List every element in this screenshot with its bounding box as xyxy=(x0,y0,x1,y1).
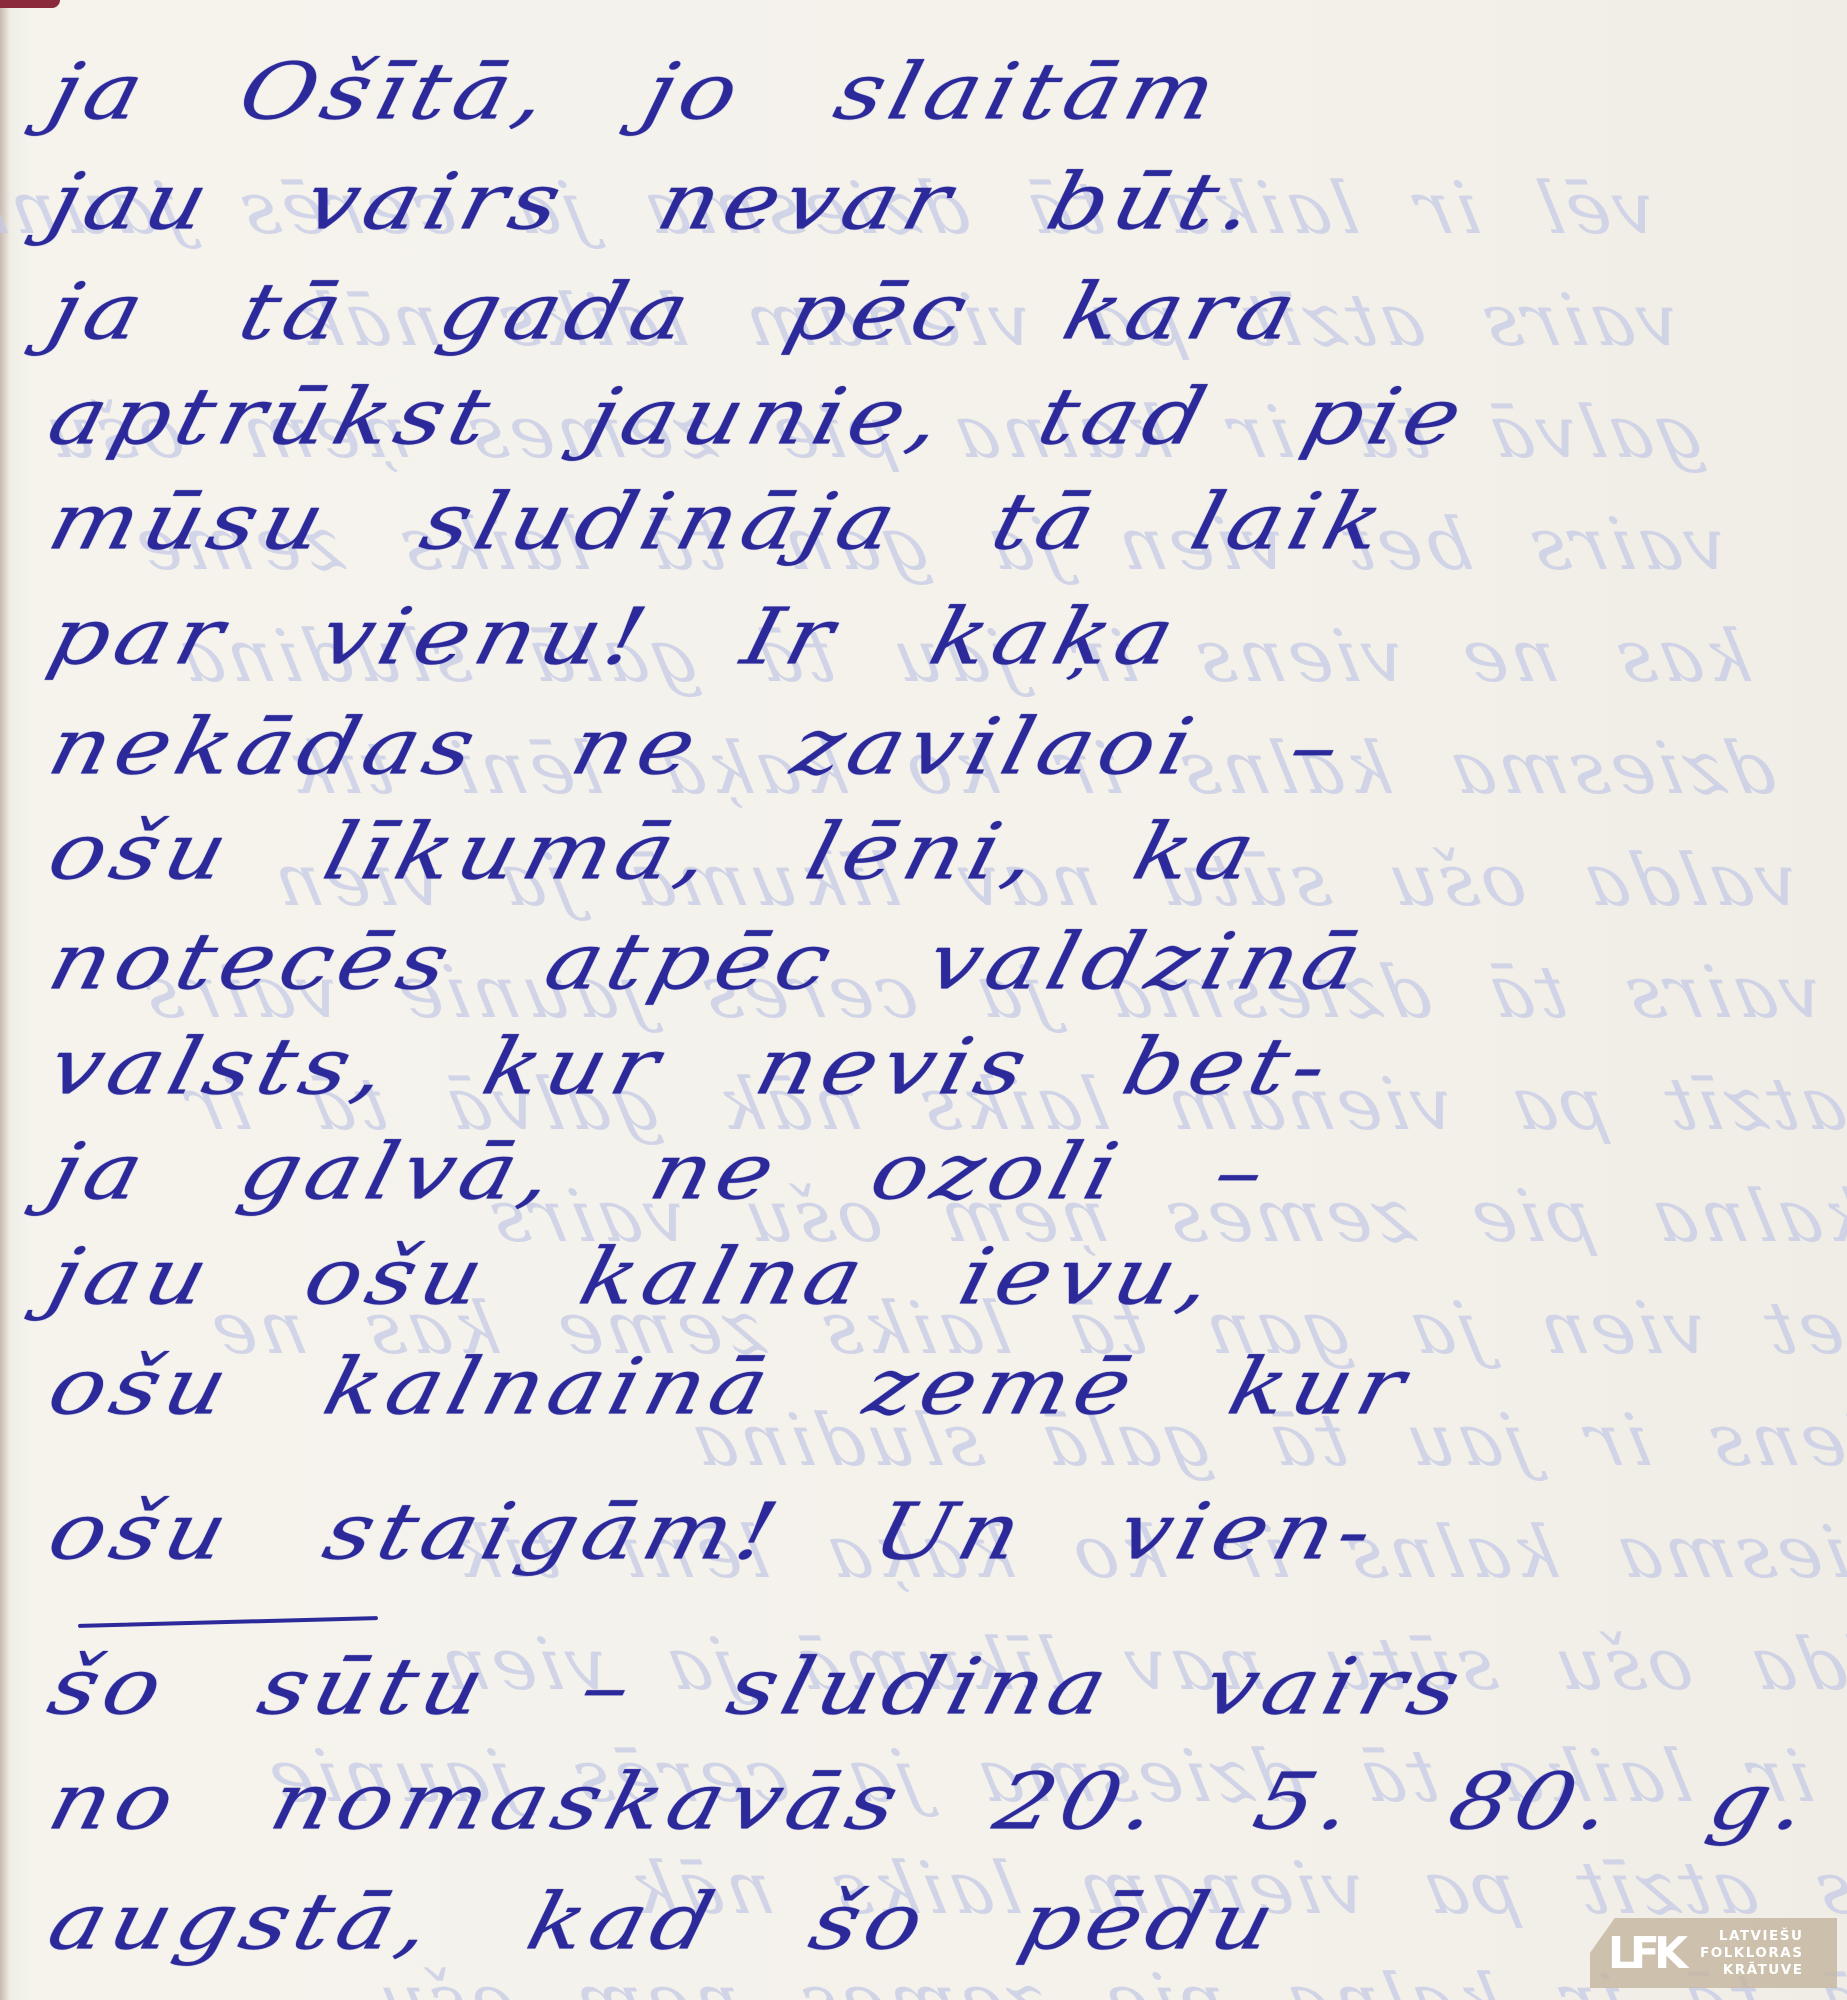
watermark-line: LATVIEŠU xyxy=(1700,1928,1803,1945)
handwritten-line: valsts, kur nevis bet- xyxy=(40,1021,1342,1112)
watermark-text: LATVIEŠU FOLKLORAS KRĀTUVE xyxy=(1700,1928,1811,1979)
handwritten-line: jau ošu kalna ievu, xyxy=(40,1231,1227,1322)
watermark-line: KRĀTUVE xyxy=(1700,1962,1803,1979)
handwritten-line: nekādas ne zavilaoi – xyxy=(40,701,1355,792)
handwritten-line: notecēs atpēc valdzinā xyxy=(40,916,1376,1007)
handwritten-line: mūsu sludināja tā laik xyxy=(40,476,1398,567)
manuscript-page: vēl ir laika tā dziesma ja cerēs jaunie … xyxy=(0,0,1847,2000)
handwritten-line: aptrūkst jaunie, tad pie xyxy=(40,371,1477,462)
handwritten-line: augstā, kad šo pēdu xyxy=(40,1876,1289,1967)
handwritten-line: par vienu! Ir kaķa xyxy=(40,591,1189,682)
handwritten-line: ja Ošītā, jo slaitām xyxy=(40,46,1231,137)
handwritten-line: ja galvā, ne ozoli – xyxy=(40,1126,1280,1217)
handwritten-line: šo sūtu – sludina vairs xyxy=(40,1641,1475,1732)
handwritten-line: ošu staigām! Un vien- xyxy=(40,1486,1388,1577)
handwritten-line-date: no nomaskavās 20. 5. 80. g. xyxy=(40,1756,1823,1847)
handwritten-text: ja Ošītā, jo slaitām jau vairs nevar būt… xyxy=(0,0,1847,2000)
handwritten-line: ošu kalnainā zemē kur xyxy=(40,1341,1419,1432)
handwritten-line: jau vairs nevar būt. xyxy=(40,156,1269,247)
handwritten-line: ošu līkumā, lēni, ka xyxy=(40,806,1270,897)
watermark-line: FOLKLORAS xyxy=(1700,1945,1803,1962)
archive-watermark: LFK LATVIEŠU FOLKLORAS KRĀTUVE xyxy=(1590,1918,1837,1988)
handwritten-line: ja tā gada pēc kara xyxy=(40,266,1311,357)
